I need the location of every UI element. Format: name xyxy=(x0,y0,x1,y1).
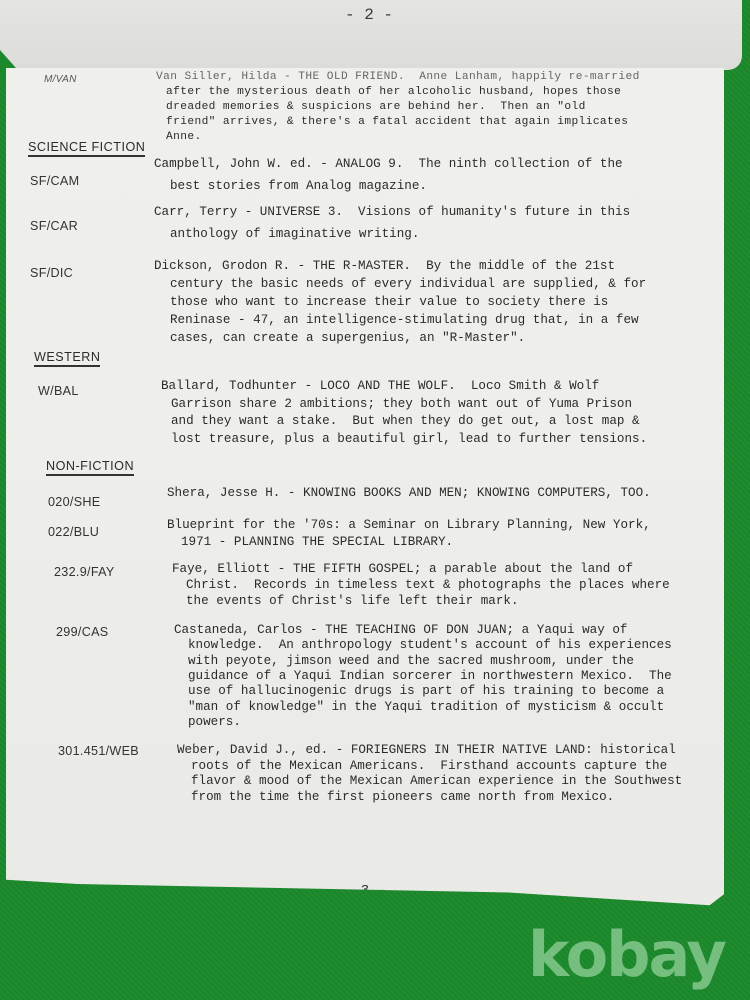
entry-text-line: roots of the Mexican Americans. Firsthan… xyxy=(191,759,667,775)
entry-text-line: Dickson, Grodon R. - THE R-MASTER. By th… xyxy=(154,259,615,275)
entry-text-line: century the basic needs of every individ… xyxy=(170,277,646,293)
entry-text-line: from the time the first pioneers came no… xyxy=(191,790,614,806)
entry-text-line: those who want to increase their value t… xyxy=(170,295,608,311)
call-number: 232.9/FAY xyxy=(54,565,115,579)
previous-page-sheet: - 2 - xyxy=(0,0,742,70)
entry-text-line: Garrison share 2 ambitions; they both wa… xyxy=(171,397,632,413)
document-page: M/VANVan Siller, Hilda - THE OLD FRIEND.… xyxy=(6,68,724,918)
page-number-top: - 2 - xyxy=(345,6,393,24)
entry-text-line: "man of knowledge" in the Yaqui traditio… xyxy=(188,700,664,716)
section-heading-western: WESTERN xyxy=(34,350,100,367)
entry-text-line: guidance of a Yaqui Indian sorcerer in n… xyxy=(188,669,672,685)
entry-text-line: best stories from Analog magazine. xyxy=(170,179,427,195)
section-heading-non-fiction: NON-FICTION xyxy=(46,459,134,476)
call-number: SF/DIC xyxy=(30,266,73,280)
entry-text-line: 1971 - PLANNING THE SPECIAL LIBRARY. xyxy=(181,535,453,551)
call-number: 301.451/WEB xyxy=(58,744,139,758)
entry-text-line: friend" arrives, & there's a fatal accid… xyxy=(166,115,628,131)
entry-text-line: lost treasure, plus a beautiful girl, le… xyxy=(171,432,647,448)
entry-text-line: anthology of imaginative writing. xyxy=(170,227,419,243)
entry-text-line: with peyote, jimson weed and the sacred … xyxy=(188,654,634,670)
entry-text-line: and they want a stake. But when they do … xyxy=(171,414,640,430)
entry-text-line: Blueprint for the '70s: a Seminar on Lib… xyxy=(167,518,651,534)
entry-text-line: Faye, Elliott - THE FIFTH GOSPEL; a para… xyxy=(172,562,633,578)
entry-text-line: Castaneda, Carlos - THE TEACHING OF DON … xyxy=(174,623,627,639)
call-number: W/BAL xyxy=(38,384,79,398)
entry-text-line: after the mysterious death of her alcoho… xyxy=(166,85,621,101)
entry-text-line: Ballard, Todhunter - LOCO AND THE WOLF. … xyxy=(161,379,599,395)
entry-text-line: powers. xyxy=(188,715,241,731)
call-number: 022/BLU xyxy=(48,525,99,539)
entry-text-line: knowledge. An anthropology student's acc… xyxy=(188,638,672,654)
call-number: SF/CAR xyxy=(30,219,78,233)
call-number: 299/CAS xyxy=(56,625,109,639)
entry-text-line: Van Siller, Hilda - THE OLD FRIEND. Anne… xyxy=(156,70,640,86)
entry-text-line: Carr, Terry - UNIVERSE 3. Visions of hum… xyxy=(154,205,630,221)
call-number: M/VAN xyxy=(44,74,77,85)
page-number-bottom: - 3 - xyxy=(344,883,386,899)
entry-text-line: dreaded memories & suspicions are behind… xyxy=(166,100,586,116)
entry-text-line: Reninase - 47, an intelligence-stimulati… xyxy=(170,313,639,329)
watermark-logo: kobay xyxy=(528,918,725,991)
section-heading-science-fiction: SCIENCE FICTION xyxy=(28,140,145,157)
entry-text-line: Campbell, John W. ed. - ANALOG 9. The ni… xyxy=(154,157,623,173)
call-number: 020/SHE xyxy=(48,495,101,509)
entry-text-line: cases, can create a supergenius, an "R-M… xyxy=(170,331,525,347)
call-number: SF/CAM xyxy=(30,174,79,188)
entry-text-line: the events of Christ's life left their m… xyxy=(186,594,519,610)
entry-text-line: Christ. Records in timeless text & photo… xyxy=(186,578,670,594)
entry-text-line: Weber, David J., ed. - FORIEGNERS IN THE… xyxy=(177,743,676,759)
entry-text-line: use of hallucinogenic drugs is part of h… xyxy=(188,684,664,700)
entry-text-line: Anne. xyxy=(166,130,202,146)
entry-text-line: Shera, Jesse H. - KNOWING BOOKS AND MEN;… xyxy=(167,486,651,502)
entry-text-line: flavor & mood of the Mexican American ex… xyxy=(191,774,682,790)
